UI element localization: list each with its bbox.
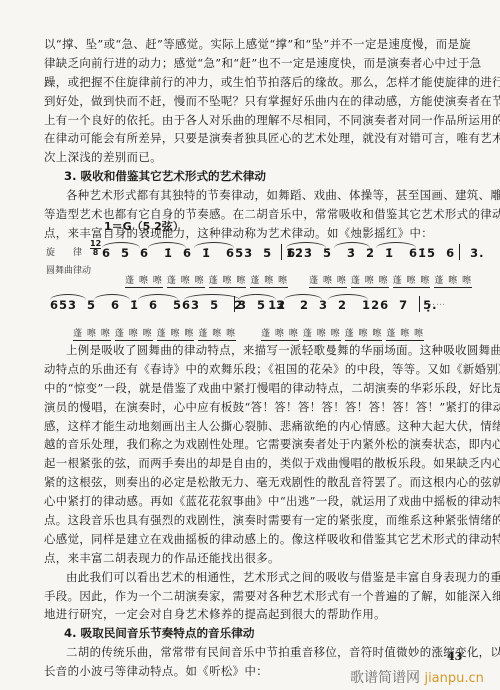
barline (281, 244, 282, 260)
page-number: 43 (447, 650, 462, 663)
text-line: 律缺乏向前行进的动力；感觉“急”和“赶”也不一定是速度快，而是演奏者心中过于急 (44, 54, 464, 73)
watermark-text: 歌谱简谱网 (350, 670, 420, 686)
barline (419, 296, 420, 312)
watermark: 歌谱简谱网 jianpu.cn (350, 667, 484, 687)
text-line: 紧的这根弦，则奏出的必定是松散无力、毫无戏剧性的散乱音符罢了。而这根内心的弦就是 (44, 473, 464, 492)
book-page: 以“撑、坠”或“急、赶”等感觉。实际上感觉“撑”和“坠”并不一定是速度慢，而是旋… (0, 0, 500, 690)
continuation-mark: …… (426, 298, 446, 308)
paragraph-3: 上例是吸收了圆舞曲的律动特点，来描写一派轻歌曼舞的华丽场面。这种吸收圆舞曲律 动… (44, 341, 464, 681)
text-line: 点，来丰富二胡表现力的作品还能找出很多。 (44, 549, 464, 568)
text-line: 躁，或把握不住旋律前行的冲力，或生怕节拍落后的缘故。那么，怎样才能使旋律的进行恰 (44, 73, 464, 92)
text-line: 由此我们可以看出艺术的相通性，艺术形式之间的吸收与借鉴是丰富自身表现力的重要 (44, 568, 464, 587)
text-line: 地进行研究，一定会对自身艺术修养的提高起到很大的帮助作用。 (44, 605, 464, 624)
melody-notes-1a: 6 5 6 1̇ 6 1̇ 653 5 6. (102, 246, 301, 260)
music-score: 1＝G（5̣ 2弦） 旋 律 圆舞曲律动 12 8 6 5 6 1̇ 6 1̇ … (44, 218, 484, 338)
text-line: 起一根紧张的弦，而两手奏出的却是自由的，类似于戏曲慢唱的散板乐段。如果缺乏内心绷 (44, 454, 464, 473)
rhythm-syllables-1b: 蓬 嚓 嚓蓬 嚓 嚓蓬 嚓 嚓蓬 嚓 嚓 (286, 263, 476, 296)
section-heading-3: 3. 吸收和借鉴其它艺术形式的艺术律动 (44, 167, 464, 186)
text-line: 上有一个良好的依托。由于各人对乐曲的理解不尽相同，不同演奏者对同一作品所运用的潜 (44, 111, 464, 130)
key-signature: 1＝G（5̣ 2弦） (104, 218, 184, 234)
barline (459, 244, 460, 260)
text-line: 演员的慢唱，在演奏时，心中应有板鼓“答！答！答！答！答！答！答！答！”紧打的律动 (44, 398, 464, 417)
text-line: 手段。因此，作为一个二胡演奏家，需要对各种艺术形式有一个普遍的了解，如能深入细致 (44, 587, 464, 606)
text-line: 各种艺术形式都有其独特的节奏律动，如舞蹈、戏曲、体操等，甚至国画、建筑、雕塑 (44, 186, 464, 205)
paragraph-1: 以“撑、坠”或“急、赶”等感觉。实际上感觉“撑”和“坠”并不一定是速度慢，而是旋… (44, 35, 464, 243)
text-line: 二胡的传统乐曲，常常带有民间音乐中节拍重音移位，音符时值微妙的涨缩变化，以及 (44, 643, 464, 662)
text-line: 感，这样才能生动地刻画出主人公撕心裂肺、悲痛欲绝的内心情感。这种大起大伏，情绪激 (44, 417, 464, 436)
barline (234, 296, 235, 312)
text-line: 以“撑、坠”或“急、赶”等感觉。实际上感觉“撑”和“坠”并不一定是速度慢，而是旋 (44, 35, 464, 54)
section-heading-4: 4. 吸取民间音乐节奏特点的音乐律动 (44, 624, 464, 643)
text-line: 中的“惊变”一段，就是借鉴了戏曲中紧打慢唱的律动特点，二胡演奏的华彩乐段，好比是 (44, 379, 464, 398)
text-line: 次上深浅的差别而已。 (44, 148, 464, 167)
rhythm-label: 圆舞曲律动 (46, 263, 91, 276)
text-line: 点。这段音乐也具有强烈的戏剧性，演奏时需要有一定的紧张度，而维系这种紧张情绪的内 (44, 511, 464, 530)
text-line: 上例是吸收了圆舞曲的律动特点，来描写一派轻歌曼舞的华丽场面。这种吸收圆舞曲律 (44, 341, 464, 360)
watermark-domain: jianpu.cn (424, 671, 483, 686)
time-signature: 12 8 (90, 240, 101, 257)
melody-notes-2b: 3 5 3 2 3 2 126 7 5̣. (238, 298, 437, 312)
text-line: 在律动可能会有所差异，只要是演奏者独具匠心的艺术处理，就没有对错可言，唯有艺术层 (44, 129, 464, 148)
text-line: 越的音乐处理，我们称之为戏剧性处理。它需要演奏者处于内紧外松的演奏状态，即内心绷 (44, 435, 464, 454)
melody-notes-1b: 1̇2̇3̇ 5̇ 3̇ 2̇ 1̇ 61̇5 6 3. (286, 246, 484, 260)
text-line: 到好处，做到快而不赶，慢而不坠呢？只有掌握好乐曲内在的律动感，方能使演奏者在节奏 (44, 92, 464, 111)
melody-label: 旋 律 (46, 245, 82, 258)
rhythm-syllables-1a: 蓬 嚓 嚓蓬 嚓 嚓蓬 嚓 嚓蓬 嚓 嚓 (102, 263, 292, 296)
text-line: 心感觉，同样是建立在戏曲摇板的律动感上的。像这样吸收和借鉴其它艺术形式的律动特 (44, 530, 464, 549)
text-line: 心中紧打的律动感。再如《蓝花花叙事曲》中“出逃”一段，就运用了戏曲中摇板的律动特 (44, 492, 464, 511)
text-line: 动特点的乐曲还有《春诗》中的欢舞乐段；《祖国的花朵》的中段，等等。又如《新婚别》 (44, 360, 464, 379)
